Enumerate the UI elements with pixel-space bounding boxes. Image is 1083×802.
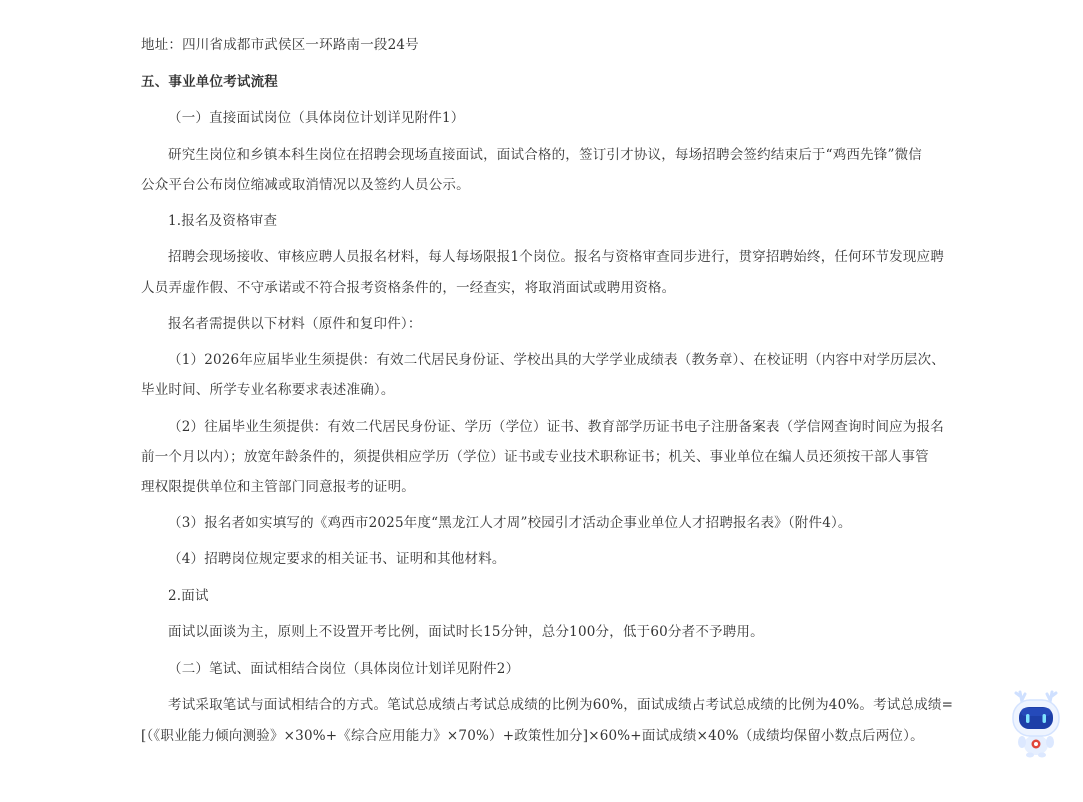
paragraph-interview: 面试以面谈为主，原则上不设置开考比例，面试时长15分钟，总分100分，低于60分…: [168, 623, 764, 641]
step-title-interview: 2.面试: [168, 587, 209, 605]
address-line: 地址：四川省成都市武侯区一环路南一段24号: [141, 36, 419, 54]
material-2-line-1: （2）往届毕业生须提供：有效二代居民身份证、学历（学位）证书、教育部学历证书电子…: [168, 418, 920, 436]
section-title: 五、事业单位考试流程: [141, 73, 278, 91]
robot-assistant-icon[interactable]: [1008, 688, 1064, 758]
subsection-title-written-and-interview: （二）笔试、面试相结合岗位（具体岗位计划详见附件2）: [168, 660, 519, 678]
subsection-title-direct-interview: （一）直接面试岗位（具体岗位计划详见附件1）: [168, 109, 465, 127]
paragraph-registration-line-1: 招聘会现场接收、审核应聘人员报名材料，每人每场限报1个岗位。报名与资格审查同步进…: [168, 248, 920, 266]
paragraph-scoring-line-2: [（《职业能力倾向测验》×30%+《综合应用能力》×70%）+政策性加分]×60…: [141, 727, 924, 745]
paragraph-registration-line-2: 人员弄虚作假、不守承诺或不符合报考资格条件的，一经查实，将取消面试或聘用资格。: [141, 279, 675, 297]
paragraph-scoring-line-1: 考试采取笔试与面试相结合的方式。笔试总成绩占考试总成绩的比例为60%，面试成绩占…: [168, 696, 920, 714]
material-3: （3）报名者如实填写的《鸡西市2025年度“黑龙江人才周”校园引才活动企事业单位…: [168, 514, 852, 532]
paragraph-direct-interview-line-1: 研究生岗位和乡镇本科生岗位在招聘会现场直接面试，面试合格的，签订引才协议，每场招…: [168, 146, 920, 164]
material-1-line-2: 毕业时间、所学专业名称要求表述准确）。: [141, 381, 395, 399]
material-1-line-1: （1）2026年应届毕业生须提供：有效二代居民身份证、学校出具的大学学业成绩表（…: [168, 351, 920, 369]
material-2-line-2: 前一个月以内）；放宽年龄条件的，须提供相应学历（学位）证书或专业技术职称证书；机…: [141, 448, 920, 466]
step-title-registration: 1.报名及资格审查: [168, 212, 277, 230]
materials-intro: 报名者需提供以下材料（原件和复印件）：: [168, 315, 422, 333]
paragraph-direct-interview-line-2: 公众平台公布岗位缩减或取消情况以及签约人员公示。: [141, 176, 470, 194]
material-4: （4）招聘岗位规定要求的相关证书、证明和其他材料。: [168, 550, 506, 568]
material-2-line-3: 理权限提供单位和主管部门同意报考的证明。: [141, 478, 415, 496]
